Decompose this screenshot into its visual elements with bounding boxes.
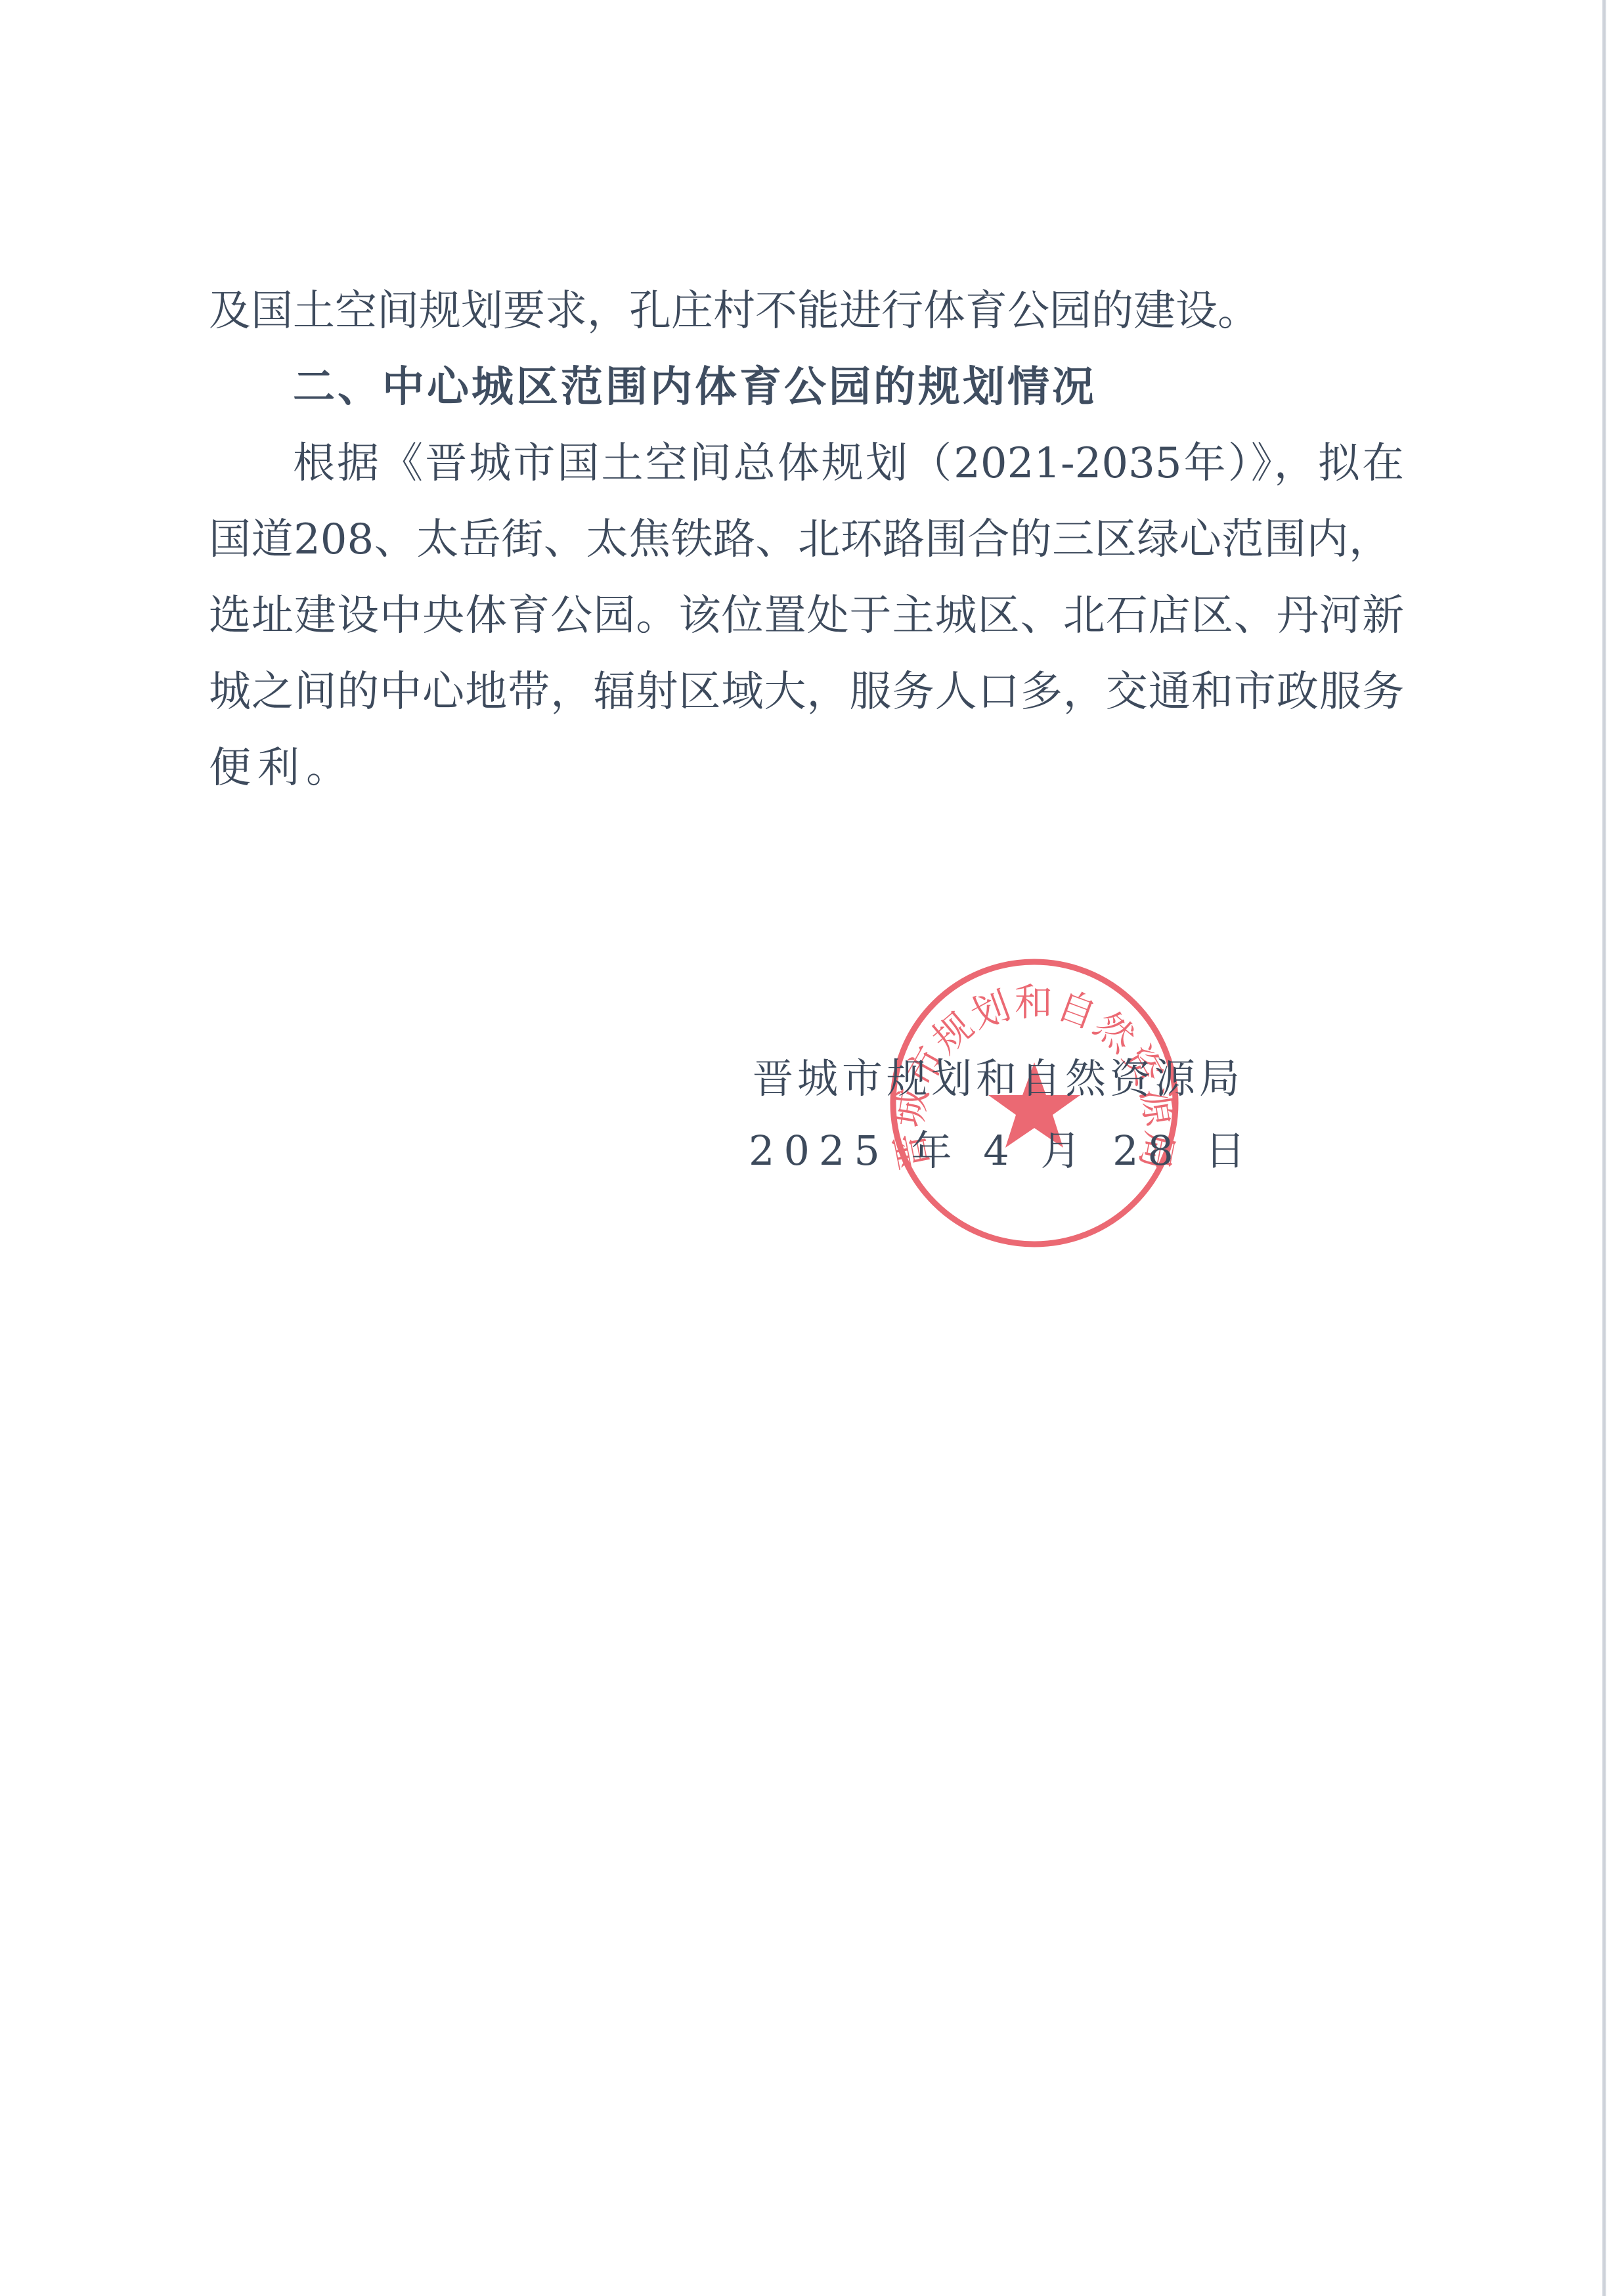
paragraph-line: 便利。 (209, 730, 1404, 806)
paragraph-line: 及国土空间规划要求，孔庄村不能进行体育公园的建设。 (209, 273, 1207, 349)
paragraph-line: 国道208、太岳街、太焦铁路、北环路围合的三区绿心范围内， (209, 502, 1391, 578)
signing-organization: 晋城市规划和自然资源局 (749, 1043, 1248, 1115)
paragraph-line: 城之间的中心地带，辐射区域大，服务人口多，交通和市政服务 (209, 654, 1404, 730)
signature-block: 晋城市规划和自然资源局 2025 年 4 月 28 日 (749, 1043, 1248, 1187)
page-edge (1602, 0, 1606, 2296)
paragraph-line: 根据《晋城市国土空间总体规划（2021-2035年）》，拟在 (209, 425, 1404, 502)
document-body: 及国土空间规划要求，孔庄村不能进行体育公园的建设。 二、中心城区范围内体育公园的… (209, 273, 1404, 806)
signing-date: 2025 年 4 月 28 日 (749, 1115, 1248, 1187)
section-heading: 二、中心城区范围内体育公园的规划情况 (209, 349, 1404, 425)
paragraph-line: 选址建设中央体育公园。该位置处于主城区、北石店区、丹河新 (209, 578, 1404, 654)
